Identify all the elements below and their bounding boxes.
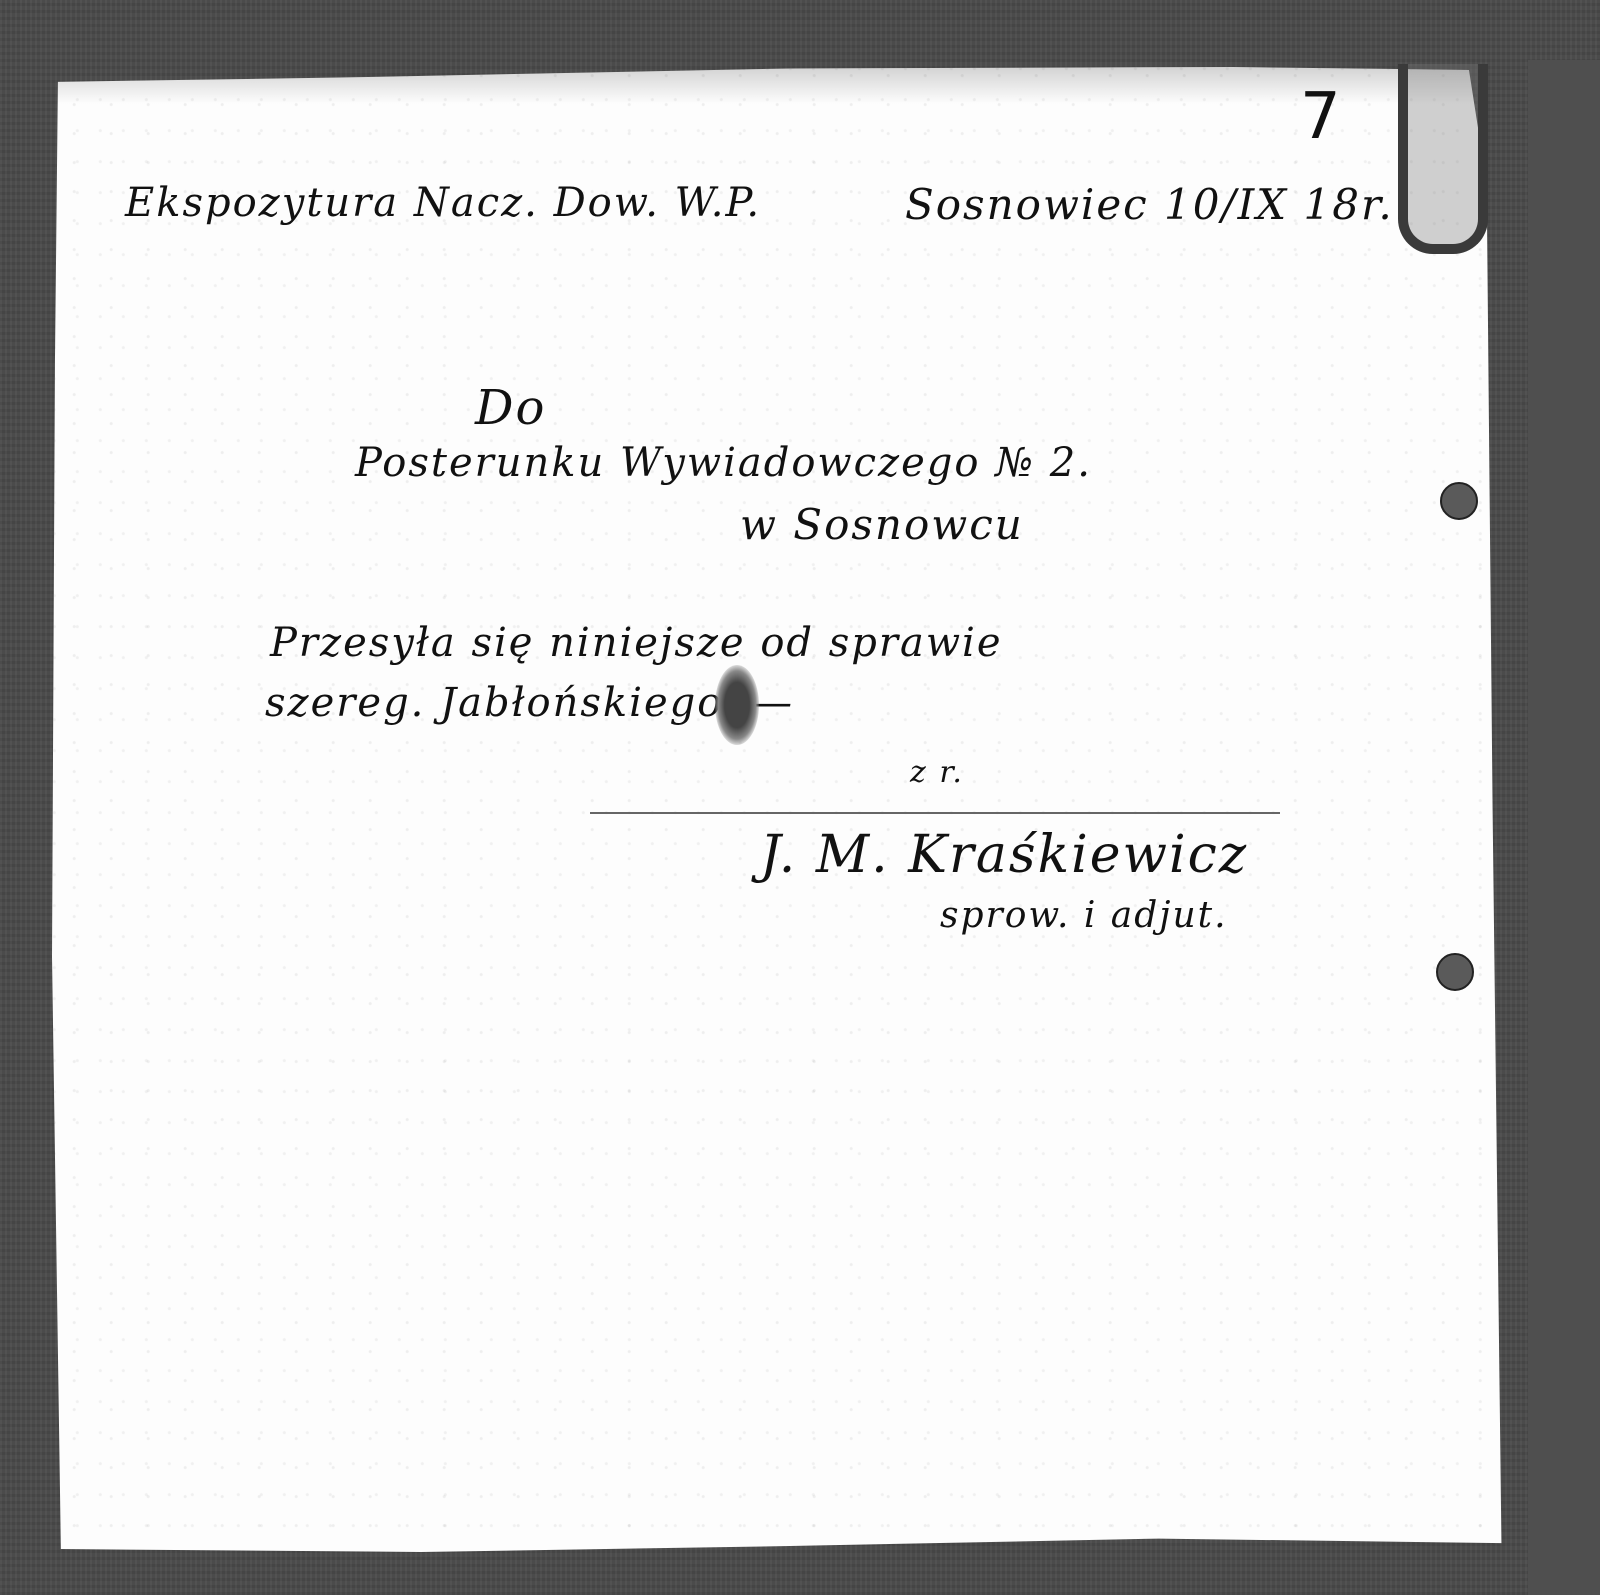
salutation: Do	[475, 380, 546, 436]
ink-stain	[715, 665, 759, 745]
body-line-1: Przesyła się niniejsze od sprawie	[270, 620, 1003, 666]
punch-hole-top	[1440, 482, 1478, 520]
closing-mark: z r.	[910, 755, 964, 790]
header-right-place-date: Sosnowiec 10/IX 18r.	[905, 180, 1394, 229]
addressee-line-1: Posterunku Wywiadowczego № 2.	[355, 440, 1092, 486]
signature-title: sprow. i adjut.	[940, 895, 1228, 936]
page-number: 7	[1300, 80, 1343, 154]
addressee-line-2: w Sosnowcu	[740, 500, 1024, 549]
scan-margin-right	[1528, 60, 1600, 1595]
document-page	[52, 64, 1528, 1552]
paper-clip-icon	[1398, 64, 1488, 254]
signature: J. M. Kraśkiewicz	[760, 825, 1248, 885]
header-left: Ekspozytura Nacz. Dow. W.P.	[125, 180, 761, 226]
punch-hole-bottom	[1436, 953, 1474, 991]
divider-line	[590, 812, 1280, 814]
